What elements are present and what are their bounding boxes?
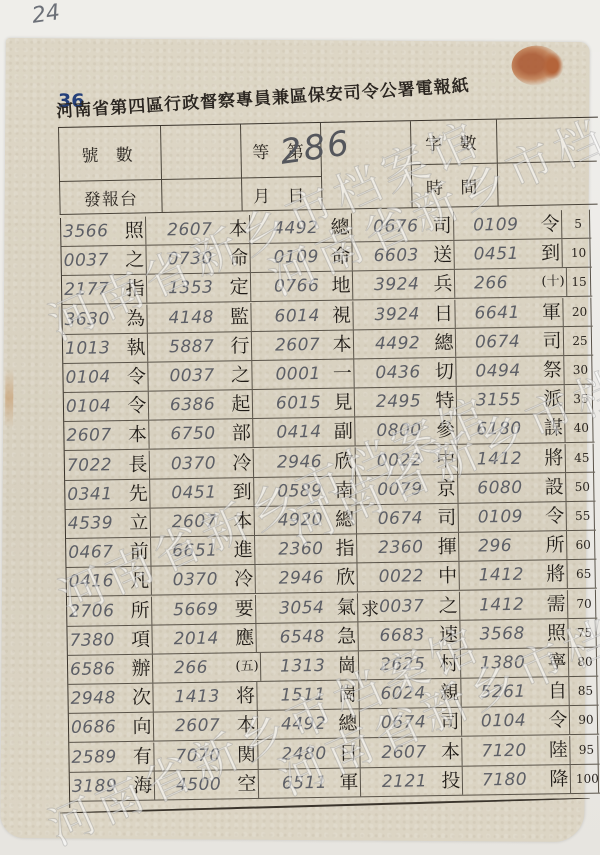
decoded-character: 將: [544, 560, 567, 588]
handwritten-code: 2948: [70, 685, 116, 713]
word-count-marker: 90: [575, 706, 598, 734]
decoded-character: 行: [229, 332, 252, 360]
handwritten-code: 1412: [477, 445, 523, 473]
decoded-character: 令: [547, 706, 570, 734]
decoded-character: 總: [433, 329, 456, 357]
decoded-character: 急: [335, 622, 358, 650]
handwritten-code: 0104: [66, 393, 112, 421]
decoded-character: 司: [431, 212, 454, 240]
handwritten-code: 6683: [379, 622, 425, 650]
handwritten-code: 2625: [380, 651, 426, 679]
decoded-character: 令: [126, 392, 149, 420]
decoded-character: 定: [228, 273, 251, 301]
label-sender: 發報台: [59, 180, 162, 215]
decoded-character: 祭: [541, 356, 564, 384]
handwritten-code: 0037: [379, 593, 425, 621]
word-count-marker: 30: [569, 356, 592, 384]
decoded-character: 令: [539, 210, 562, 238]
handwritten-code: 2360: [278, 536, 324, 564]
decoded-character: 中: [436, 562, 459, 590]
word-count-marker: 15: [568, 268, 591, 296]
decoded-character: 降: [548, 765, 571, 793]
handwritten-code: 7022: [67, 452, 113, 480]
decoded-character: 日: [432, 299, 455, 327]
handwritten-code: 4492: [281, 711, 327, 739]
number-value-cell: [160, 125, 241, 181]
handwritten-code: 2495: [376, 389, 422, 417]
decoded-character: 先: [127, 479, 150, 507]
word-count-marker: 100: [576, 764, 599, 792]
handwritten-code: 6386: [170, 392, 216, 420]
decoded-character: 派: [542, 385, 565, 413]
decoded-character: 速: [437, 621, 460, 649]
handwritten-code: 0341: [67, 481, 113, 509]
decoded-character: 總: [329, 213, 352, 241]
handwritten-code: 2607: [381, 739, 427, 767]
decoded-character: 欣: [334, 564, 357, 592]
handwritten-code: 0674: [378, 505, 424, 533]
decoded-character: 總: [334, 505, 357, 533]
handwritten-code: 0766: [274, 273, 320, 301]
handwritten-code: 2607: [275, 332, 321, 360]
decoded-character: 參: [434, 416, 457, 444]
handwritten-code: 0104: [65, 364, 111, 392]
handwritten-code: 3566: [63, 218, 109, 246]
handwritten-code: 2607: [167, 217, 213, 245]
word-count-value-cell: [496, 118, 597, 164]
decoded-character: 陸: [547, 736, 570, 764]
handwritten-code: 0676: [373, 213, 419, 241]
handwritten-code: 7120: [481, 737, 527, 765]
handwritten-code: 0022: [378, 564, 424, 592]
decoded-character: 兵: [432, 270, 455, 298]
decoded-character: 軍: [338, 768, 361, 796]
decoded-character: 司: [439, 708, 462, 736]
decoded-character: 視: [330, 301, 353, 329]
handwritten-code: 0104: [481, 708, 527, 736]
handwritten-code: 0109: [473, 212, 519, 240]
word-count-marker: 80: [574, 648, 597, 676]
handwritten-code: 6015: [276, 390, 322, 418]
handwritten-code: 2946: [278, 565, 324, 593]
handwritten-code: 0730: [167, 246, 213, 274]
handwritten-code: 2177: [64, 277, 110, 305]
handwritten-code: 4148: [168, 304, 214, 332]
decoded-character: 謀: [542, 414, 565, 442]
handwritten-code: 5261: [480, 679, 526, 707]
decoded-character: 自: [546, 677, 569, 705]
handwritten-code: 0674: [381, 710, 427, 738]
decoded-character: 照: [545, 619, 568, 647]
handwritten-code: 4920: [278, 507, 324, 535]
decoded-character: 執: [125, 333, 148, 361]
handwritten-code: 5887: [169, 333, 215, 361]
word-count-marker: 50: [571, 472, 594, 500]
handwritten-code: 2946: [277, 449, 323, 477]
handwritten-code: 3924: [374, 301, 420, 329]
corner-note: 24: [30, 0, 61, 29]
handwritten-code: 3630: [64, 306, 110, 334]
decoded-character: 京: [435, 475, 458, 503]
handwritten-code: 0416: [69, 569, 115, 597]
handwritten-code: 0109: [273, 244, 319, 272]
sender-value-cell: [161, 178, 242, 213]
decoded-character: 之: [437, 591, 460, 619]
telegram-code-grid: 3566照2607本4492總0676司0109令50037之0730命0109…: [60, 210, 600, 808]
handwritten-code: 2706: [69, 598, 115, 626]
label-word-count: 字 數: [410, 120, 497, 166]
decoded-character: 副: [332, 418, 355, 446]
word-count-marker: 20: [568, 297, 591, 325]
decoded-character: 有: [131, 742, 154, 770]
decoded-character: 進: [232, 536, 255, 564]
handwritten-code: 0589: [277, 478, 323, 506]
handwritten-code: 0674: [475, 329, 521, 357]
decoded-character: 命: [227, 244, 250, 272]
handwritten-code: 0001: [275, 361, 321, 389]
decoded-character: 起: [230, 390, 253, 418]
decoded-character: 揮: [436, 533, 459, 561]
handwritten-code: 0686: [71, 715, 117, 743]
decoded-character: 監: [228, 303, 251, 331]
decoded-character: 項: [129, 625, 152, 653]
decoded-character: 本: [439, 737, 462, 765]
word-count-marker: 95: [575, 735, 598, 763]
decoded-character: 到: [539, 239, 562, 267]
label-date: 月 日: [241, 177, 322, 212]
handwritten-code: 6180: [476, 416, 522, 444]
decoded-character: 之: [229, 361, 252, 389]
handwritten-code: 2589: [71, 744, 117, 772]
decoded-character: 應: [233, 624, 256, 652]
decoded-character: 海: [132, 771, 155, 799]
word-count-marker: 55: [572, 502, 595, 530]
decoded-character: 次: [130, 684, 153, 712]
handwritten-code: 0800: [376, 418, 422, 446]
decoded-character: 將: [543, 444, 566, 472]
word-count-marker: 25: [569, 326, 592, 354]
handwritten-code: 1353: [168, 275, 214, 303]
word-count-marker: 70: [573, 589, 596, 617]
decoded-character: 村: [438, 650, 461, 678]
handwritten-code: 296: [478, 533, 512, 561]
handwritten-code: 3155: [476, 387, 522, 415]
decoded-character: 立: [128, 509, 151, 537]
handwritten-code: 0436: [375, 359, 421, 387]
decoded-character: 親: [438, 679, 461, 707]
handwritten-code: 266: [474, 270, 508, 298]
handwritten-code: 2607: [175, 713, 221, 741]
handwritten-code: 0109: [478, 504, 524, 532]
decoded-character: 辦: [130, 655, 153, 683]
handwritten-code: 5669: [173, 596, 219, 624]
decoded-character: 指: [334, 535, 357, 563]
decoded-character: 空: [236, 770, 259, 798]
handwritten-code: 1013: [65, 335, 111, 363]
handwritten-code: 7070: [175, 742, 221, 770]
handwritten-code: 0079: [377, 476, 423, 504]
handwritten-code: 0370: [171, 450, 217, 478]
handwritten-code: 0370: [173, 567, 219, 595]
handwritten-code: 6548: [279, 624, 325, 652]
decoded-character: 到: [231, 478, 254, 506]
decoded-character: 地: [330, 272, 353, 300]
handwritten-code: 3568: [479, 621, 525, 649]
decoded-character: 欣: [333, 447, 356, 475]
decoded-character: 為: [124, 304, 147, 332]
word-count-marker: 60: [572, 531, 595, 559]
handwritten-code: 0037: [169, 363, 215, 391]
handwritten-code: 7180: [482, 767, 528, 795]
decoded-character: 需: [545, 590, 568, 618]
handwritten-code: 2607: [66, 423, 112, 451]
handwritten-code: 3189: [72, 773, 118, 801]
edge-stain: [5, 368, 13, 428]
word-count-marker: 65: [572, 560, 595, 588]
decoded-character: 總: [337, 710, 360, 738]
decoded-character: 本: [235, 711, 258, 739]
handwritten-code: 6511: [282, 770, 328, 798]
word-count-marker: 35: [570, 385, 593, 413]
decoded-character: 本: [126, 421, 149, 449]
decoded-character: 令: [544, 502, 567, 530]
word-count-marker: 40: [570, 414, 593, 442]
decoded-character: 将: [234, 682, 257, 710]
handwritten-code: 6651: [172, 538, 218, 566]
decoded-character: 本: [232, 507, 255, 535]
handwritten-code: 3054: [279, 594, 325, 622]
decoded-character: 見: [332, 389, 355, 417]
decoded-character: 崗: [336, 681, 359, 709]
handwritten-code: 2360: [378, 535, 424, 563]
word-count-marker: 85: [574, 677, 597, 705]
decoded-character: 指: [124, 275, 147, 303]
word-count-marker: 45: [571, 443, 594, 471]
word-count-marker: 5: [567, 210, 590, 238]
decoded-character: 寧: [546, 648, 569, 676]
handwritten-code: 1380: [480, 650, 526, 678]
handwritten-code: 0414: [276, 419, 322, 447]
handwritten-code: 4492: [375, 330, 421, 358]
decoded-character: 凡: [128, 567, 151, 595]
decoded-character: 部: [230, 419, 253, 447]
handwritten-code: 3924: [374, 272, 420, 300]
handwritten-code: 0451: [171, 479, 217, 507]
decoded-character: 冷: [232, 565, 255, 593]
decoded-character: 所: [129, 596, 152, 624]
decoded-character: 一: [331, 359, 354, 387]
decoded-character: 長: [127, 450, 150, 478]
time-value-cell: [497, 162, 598, 207]
handwritten-code: 1313: [280, 653, 326, 681]
decoded-character: 前: [128, 538, 151, 566]
handwritten-code: 266: [174, 655, 208, 683]
decoded-character: 南: [333, 476, 356, 504]
label-number: 號 數: [58, 126, 161, 182]
decoded-character: 向: [131, 713, 154, 741]
handwritten-code: 1511: [280, 682, 326, 710]
decoded-character: (十): [540, 268, 567, 296]
decoded-character: 本: [331, 330, 354, 358]
handwritten-code: 7380: [69, 627, 115, 655]
decoded-character: 命: [329, 243, 352, 271]
decoded-character: 送: [431, 241, 454, 269]
decoded-character: 要: [233, 595, 256, 623]
word-count-marker: 10: [567, 239, 590, 267]
handwritten-code: 0037: [63, 247, 109, 275]
handwritten-code: 0451: [473, 241, 519, 269]
decoded-character: 中: [435, 445, 458, 473]
decoded-character: 照: [123, 217, 146, 245]
decoded-character: 設: [543, 473, 566, 501]
handwritten-code: 0467: [68, 539, 114, 567]
decoded-character: 切: [433, 358, 456, 386]
handwritten-code: 2480: [281, 740, 327, 768]
handwritten-code: 6750: [170, 421, 216, 449]
handwritten-code: 6024: [380, 681, 426, 709]
decoded-character: 司: [541, 327, 564, 355]
handwritten-code: 6080: [477, 475, 523, 503]
handwritten-code: 4539: [68, 510, 114, 538]
handwritten-code: 1412: [479, 591, 525, 619]
handwritten-code: 6014: [274, 303, 320, 331]
handwritten-code: 0494: [475, 358, 521, 386]
decoded-character: 日: [337, 739, 360, 767]
decoded-character: 氣: [335, 593, 358, 621]
word-count-marker: 75: [573, 618, 596, 646]
decoded-character: 本: [227, 215, 250, 243]
handwritten-code: 2014: [173, 625, 219, 653]
handwritten-code: 1413: [174, 684, 220, 712]
decoded-character: 関: [235, 741, 258, 769]
decoded-character: 冷: [231, 449, 254, 477]
annotation-character: 求: [361, 595, 379, 621]
handwritten-code: 0022: [377, 447, 423, 475]
decoded-character: 司: [436, 504, 459, 532]
decoded-character: (五): [234, 653, 261, 681]
decoded-character: 軍: [540, 298, 563, 326]
decoded-character: 崗: [336, 651, 359, 679]
handwritten-code: 2607: [172, 509, 218, 537]
handwritten-code: 4492: [273, 215, 319, 243]
handwritten-code: 6603: [373, 243, 419, 271]
handwritten-code: 1412: [478, 562, 524, 590]
handwritten-code: 2121: [382, 768, 428, 796]
handwritten-code: 6641: [474, 299, 520, 327]
handwritten-code: 4500: [176, 771, 222, 799]
handwritten-code: 6586: [70, 656, 116, 684]
decoded-character: 之: [123, 246, 146, 274]
decoded-character: 令: [125, 363, 148, 391]
decoded-character: 投: [440, 767, 463, 795]
decoded-character: 所: [544, 531, 567, 559]
decoded-character: 特: [434, 387, 457, 415]
label-time: 時 間: [411, 164, 498, 209]
